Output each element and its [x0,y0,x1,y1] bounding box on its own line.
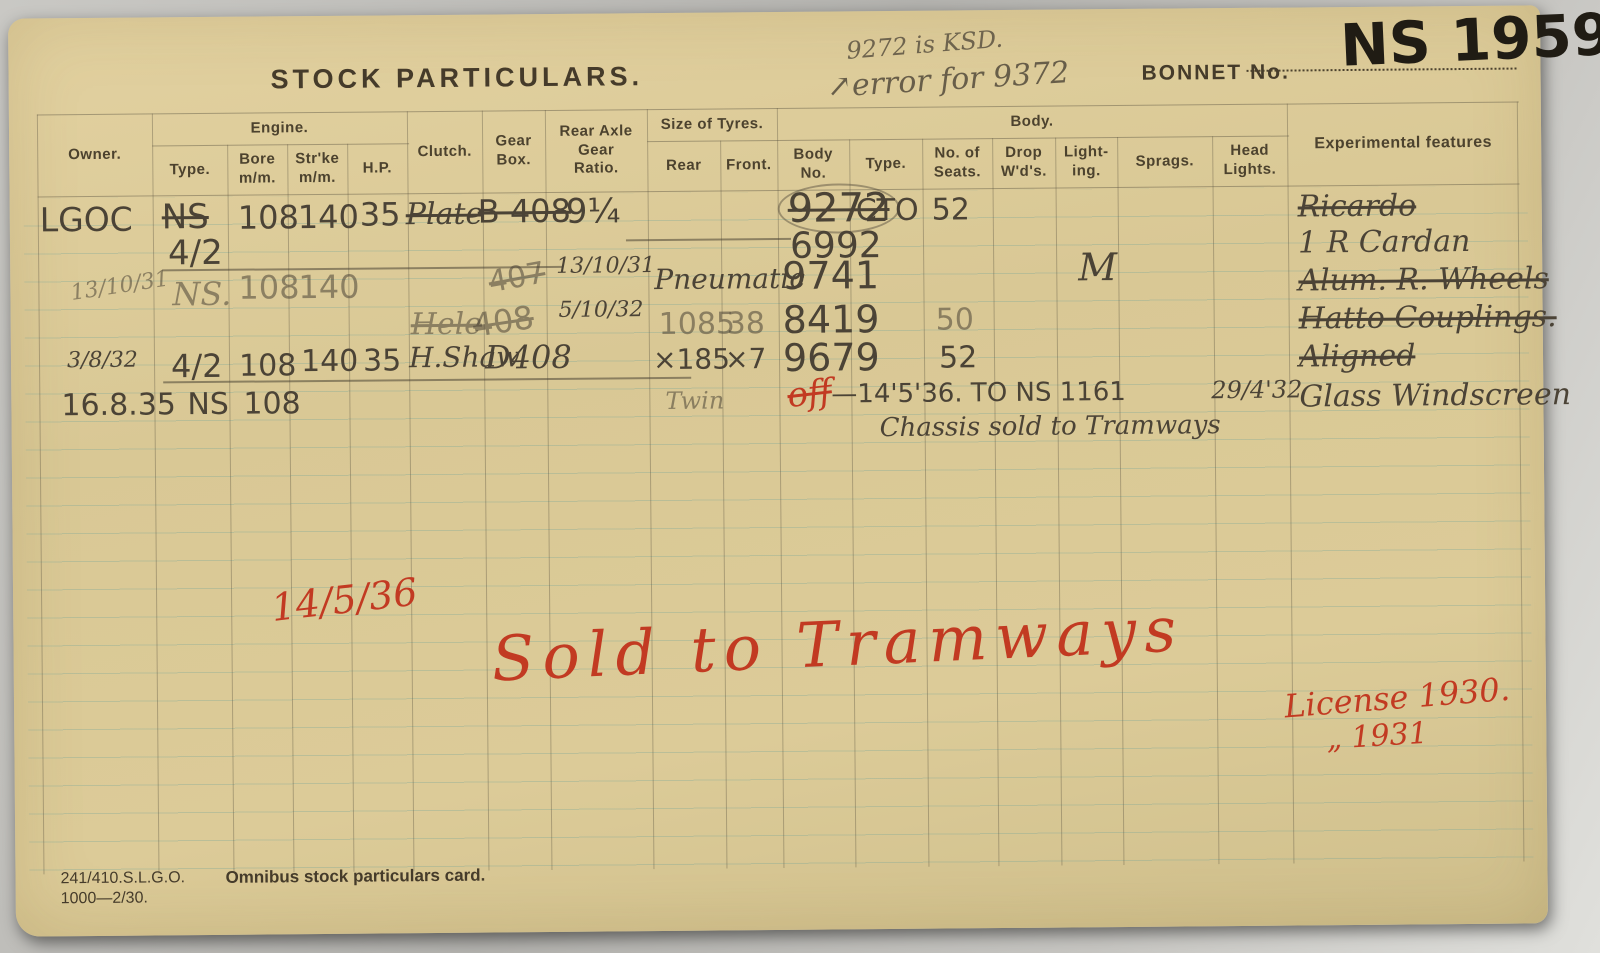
col-header-sprags: Sprags. [1117,136,1212,187]
entry-seats-r1: 52 [932,192,970,227]
col-header-body-no: Body No. [777,139,849,190]
entry-body-no-r2: 9741 [782,253,879,298]
col-header-rear: Rear [647,140,720,191]
red-note-license2: „ 1931 [1325,716,1428,757]
col-header-rear-axle: Rear Axle Gear Ratio. [545,109,648,192]
entry-rear-r2b: 1085 [659,306,736,342]
entry-type-r4: NS [187,387,229,422]
entry-ratio-r1: 9¼ [566,191,621,231]
footer-description: Omnibus stock particulars card. [225,866,485,888]
col-header-tyres-group: Size of Tyres. [647,108,777,141]
entry-head-lights-r4: 29/4'32 [1211,375,1302,404]
entry-hp-r3: 35 [363,343,401,378]
entry-seats-r2b: 50 [936,302,974,337]
footer-reference: 241/410.S.L.G.O. [60,869,185,888]
entry-owner-r1: LGOC [40,200,133,240]
entry-ratio-date-r2: 13/10/31 [556,253,655,279]
entry-chassis-note-r4: Chassis sold to Tramways [879,410,1220,443]
col-header-lighting: Light- ing. [1055,137,1117,188]
entry-bore-r2: 108 [238,268,299,307]
col-header-seats: No. of Seats. [922,138,992,189]
bonnet-label: BONNET No. [1141,61,1290,86]
entry-stroke-r3: 140 [301,344,359,379]
entry-stroke-r1: 140 [298,198,359,237]
experimental-feature: Alum. R. Wheels [1298,261,1549,298]
entry-stroke-r2: 140 [298,268,359,307]
bonnet-number: NS 1959 [1339,0,1600,80]
col-header-type: Type. [152,145,227,196]
experimental-feature: Glass Windscreen [1299,377,1571,414]
col-header-drop-wds: Drop W'd's. [992,138,1055,189]
entry-seats-r3: 52 [939,340,977,375]
col-header-clutch: Clutch. [407,111,483,194]
entry-type-r3: 4/2 [171,347,223,385]
entry-type-r2: NS. [172,275,231,314]
pencil-note-line1: 9272 is KSD. [845,25,1003,65]
col-header-head-lights: Head Lights. [1212,136,1287,187]
entry-bore-r3: 108 [239,348,297,383]
entry-body-no-r3: 9679 [783,335,880,380]
entry-gearbox-r1: B 408 [478,192,572,231]
entry-body-type-r1: CTO [856,193,919,229]
entry-bore-r1: 108 [238,198,299,237]
footer-print-run: 1000—2/30. [61,890,148,909]
entry-type-r1: NS [162,197,209,237]
stock-particulars-card: STOCK PARTICULARS. 9272 is KSD. ↗error f… [8,5,1548,936]
entry-off-mark-r4: off [785,371,834,416]
col-header-gearbox: Gear Box. [482,110,546,193]
experimental-feature: 1 R Cardan [1298,224,1471,261]
entry-front-r2b: 38 [727,306,765,341]
entry-gearbox-r3: D408 [485,338,572,377]
entry-date-r4: 16.8.35 [61,387,176,423]
entry-bore-r4: 108 [243,386,301,421]
col-header-stroke: Str'ke m/m. [287,144,347,195]
entry-clutch-r1: Plate [406,197,484,233]
col-header-owner: Owner. [37,113,153,196]
entry-rear-r3: ×185 [653,342,730,376]
card-title: STOCK PARTICULARS. [270,61,643,95]
col-header-body-group: Body. [777,104,1287,140]
col-header-hp: H.P. [347,143,407,194]
col-header-front: Front. [720,140,777,190]
entry-transfer-note-r4: —14'5'36. TO NS 1161 [831,377,1126,410]
col-header-engine-group: Engine. [152,111,407,145]
col-header-experimental: Experimental features [1287,102,1520,186]
entry-ratio-date-r2b: 5/10/32 [558,297,643,323]
col-header-bore: Bore m/m. [227,144,287,195]
experimental-feature: Ricardo [1298,188,1417,224]
entry-rear-r4: Twin [665,386,724,415]
entry-type-r1b: 4/2 [168,233,223,273]
col-header-body-type: Type. [849,139,922,190]
experimental-feature: Hatto Couplings. [1299,299,1557,336]
entry-lighting-r2: M [1078,245,1117,289]
entry-front-r3: ×7 [725,342,767,375]
entry-date-r3: 3/8/32 [67,348,138,374]
experimental-feature: Aligned [1299,338,1416,374]
entry-hp-r1: 35 [360,195,401,233]
